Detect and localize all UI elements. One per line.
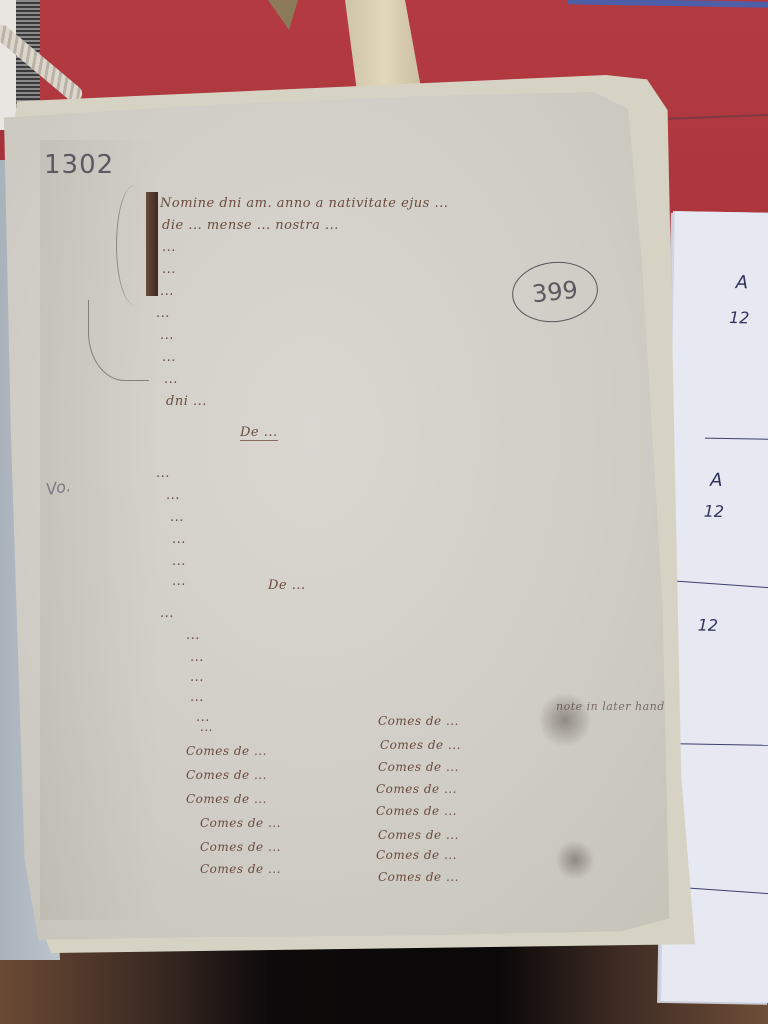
list-item: Comes de ...	[376, 848, 457, 862]
decorated-initial-i	[146, 192, 158, 296]
script-line: ...	[162, 262, 176, 277]
list-item: Comes de ...	[200, 862, 281, 876]
slip-3-number: 12	[698, 616, 719, 635]
slip-1-number: 12	[729, 308, 750, 327]
folio-number: 1302	[44, 150, 114, 180]
script-line: ...	[190, 670, 204, 685]
list-item: Comes de ...	[376, 804, 457, 818]
script-line: ...	[160, 328, 174, 343]
left-edge-object	[0, 0, 16, 130]
script-line: ...	[190, 650, 204, 665]
script-line: dni ...	[166, 394, 207, 409]
script-line: die ... mense ... nostra ...	[162, 218, 339, 233]
slip-2-letter: A	[710, 470, 723, 491]
ink-stain	[555, 840, 595, 880]
list-item: Comes de ...	[376, 782, 457, 796]
script-line: ...	[190, 690, 204, 705]
script-line: ...	[160, 284, 174, 299]
list-item: Comes de ...	[380, 738, 461, 752]
script-line: ...	[162, 350, 176, 365]
script-line: ...	[156, 306, 170, 321]
list-item: Comes de ...	[378, 714, 459, 728]
slip-divider	[670, 743, 768, 746]
script-line: ...	[162, 240, 176, 255]
list-item: Comes de ...	[378, 760, 459, 774]
slip-1-letter: A	[735, 272, 748, 293]
list-item: Comes de ...	[378, 870, 459, 884]
script-line: ...	[164, 372, 178, 387]
script-line: ...	[170, 510, 184, 525]
list-item: Comes de ...	[186, 768, 267, 782]
script-line: ...	[160, 606, 174, 621]
list-item: Comes de ...	[378, 828, 459, 842]
list-item: Comes de ...	[186, 744, 267, 758]
circled-number-text: 399	[531, 276, 579, 309]
slip-2-number: 12	[704, 502, 725, 521]
script-line: ...	[156, 466, 170, 481]
script-line: ...	[172, 554, 186, 569]
list-item: Comes de ...	[200, 840, 281, 854]
script-line: ...	[166, 488, 180, 503]
section-heading-1: De ...	[240, 425, 278, 441]
ink-stain	[540, 690, 590, 750]
slip-divider	[674, 581, 768, 589]
floor-shadow	[0, 940, 768, 1024]
list-item: ...	[200, 720, 213, 734]
section-heading-2: De ...	[268, 578, 306, 593]
script-line: ...	[172, 532, 186, 547]
script-line: ...	[172, 574, 186, 589]
script-line: Nomine dni am. anno a nativitate ejus ..…	[160, 196, 448, 211]
list-item: Comes de ...	[200, 816, 281, 830]
slip-divider	[705, 438, 768, 440]
list-item: Comes de ...	[186, 792, 267, 806]
script-line: ...	[186, 628, 200, 643]
